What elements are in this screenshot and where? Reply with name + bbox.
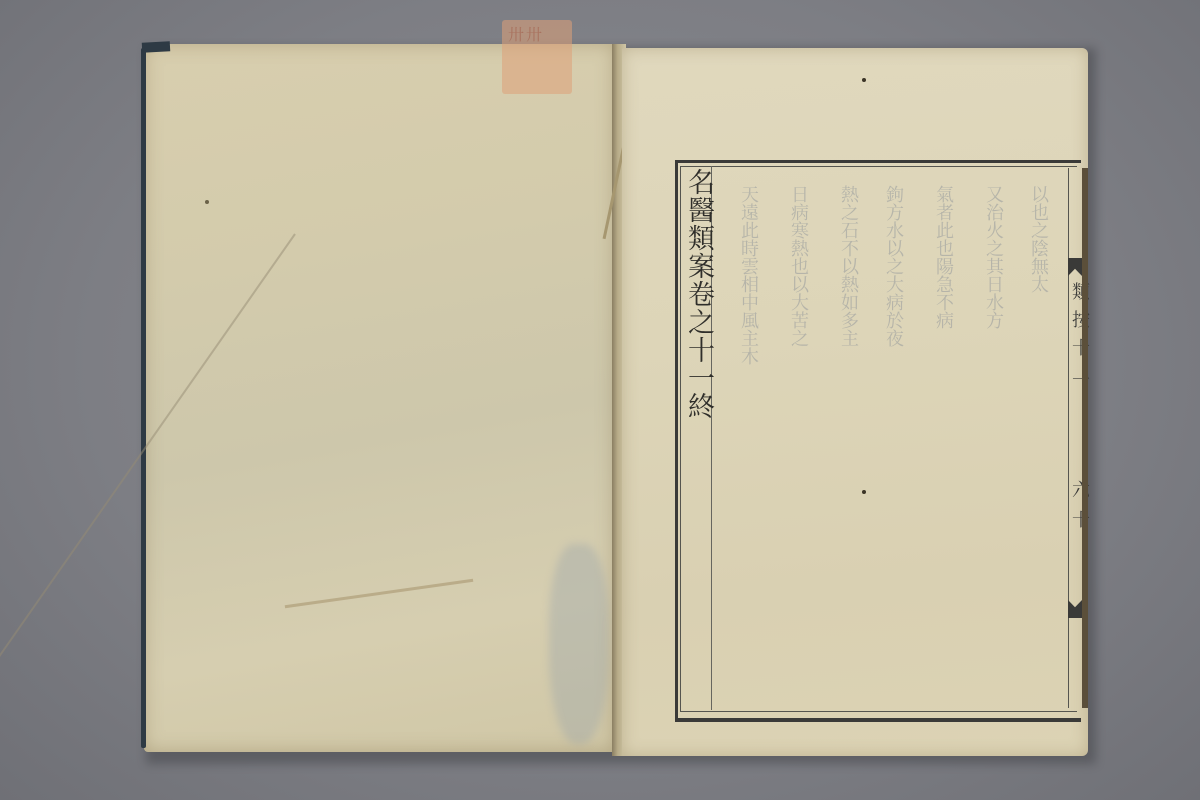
strip-char: 十 <box>1066 510 1092 528</box>
printed-frame-inner-border <box>680 166 1077 712</box>
cover-corner <box>142 41 170 52</box>
strip-char: 十 <box>1066 338 1092 356</box>
seal-text: 卅卅 <box>508 22 544 45</box>
cover-edge <box>141 48 146 748</box>
strip-char: 一 <box>1066 370 1092 388</box>
left-page-blank <box>144 44 614 752</box>
ink-spot <box>862 78 866 82</box>
page-edge-shadow <box>1082 168 1088 708</box>
strip-char: 六 <box>1066 480 1092 498</box>
paper-spot <box>205 200 209 204</box>
fold-center-strip <box>1068 168 1083 708</box>
paper-crease <box>285 579 474 608</box>
strip-char: 類 <box>1066 282 1092 300</box>
water-stain <box>549 544 609 744</box>
volume-end-title: 名醫類案卷之十一終 <box>680 166 712 420</box>
ink-spot <box>862 490 866 494</box>
strip-char: 按 <box>1066 310 1092 328</box>
